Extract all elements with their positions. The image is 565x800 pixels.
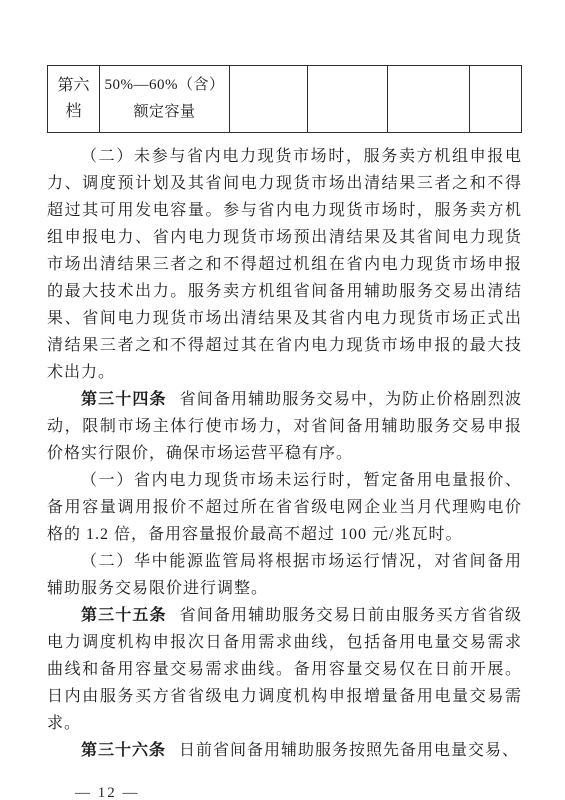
paragraph-text: （二）华中能源监管局将根据市场运行情况，对省间备用辅助服务交易限价进行调整。	[47, 553, 522, 597]
paragraph-article-35: 第三十五条省间备用辅助服务交易日前由服务买方省省级电力调度机构申报次日备用需求曲…	[47, 602, 522, 737]
tier-name-cell: 第六档	[48, 66, 100, 133]
empty-cell-3	[388, 66, 470, 133]
paragraph-clause-2: （二）未参与省内电力现货市场时，服务卖方机组申报电力、调度预计划及其省间电力现货…	[47, 143, 522, 386]
article-number: 第三十四条	[81, 391, 167, 408]
paragraph-text: （一）省内电力现货市场未运行时，暂定备用电量报价、备用容量调用报价不超过所在省省…	[47, 472, 522, 543]
article-number: 第三十六条	[81, 742, 166, 759]
paragraph-item-1: （一）省内电力现货市场未运行时，暂定备用电量报价、备用容量调用报价不超过所在省省…	[47, 467, 522, 548]
empty-cell-4	[470, 66, 522, 133]
empty-cell-1	[230, 66, 308, 133]
paragraph-text: 日前省间备用辅助服务按照先备用电量交易、	[179, 742, 519, 759]
document-body: （二）未参与省内电力现货市场时，服务卖方机组申报电力、调度预计划及其省间电力现货…	[47, 143, 522, 764]
paragraph-text: 省间备用辅助服务交易日前由服务买方省省级电力调度机构申报次日备用需求曲线，包括备…	[47, 607, 522, 732]
article-number: 第三十五条	[81, 607, 167, 624]
empty-cell-2	[308, 66, 388, 133]
table-row-tier-6: 第六档 50%—60%（含）额定容量	[48, 66, 522, 133]
document-page: 第六档 50%—60%（含）额定容量 （二）未参与省内电力现货市场时，服务卖方机…	[0, 0, 565, 800]
paragraph-text: （二）未参与省内电力现货市场时，服务卖方机组申报电力、调度预计划及其省间电力现货…	[47, 148, 522, 381]
capacity-tier-table: 第六档 50%—60%（含）额定容量	[47, 65, 522, 133]
paragraph-item-2: （二）华中能源监管局将根据市场运行情况，对省间备用辅助服务交易限价进行调整。	[47, 548, 522, 602]
paragraph-article-36: 第三十六条日前省间备用辅助服务按照先备用电量交易、	[47, 737, 522, 764]
paragraph-article-34: 第三十四条省间备用辅助服务交易中，为防止价格剧烈波动，限制市场主体行使市场力，对…	[47, 386, 522, 467]
tier-range-cell: 50%—60%（含）额定容量	[100, 66, 230, 133]
page-number: — 12 —	[75, 785, 522, 800]
